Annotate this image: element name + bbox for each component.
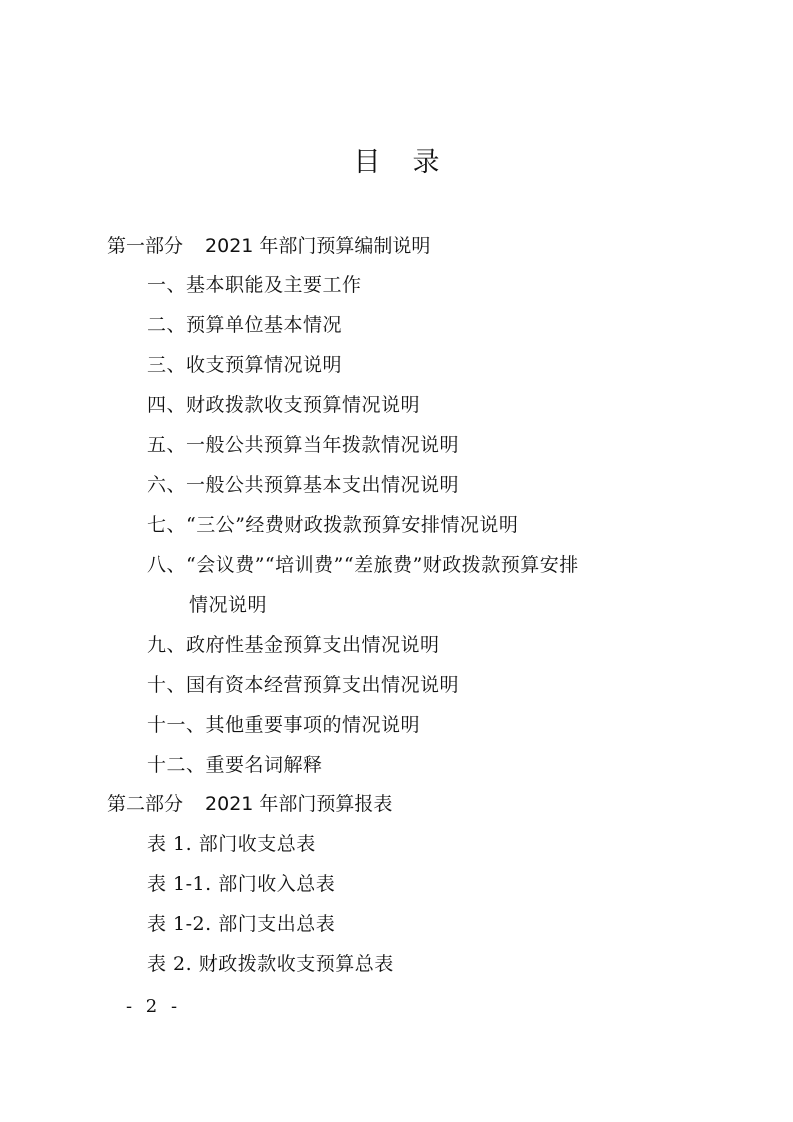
toc-item-7: 七、“三公”经费财政拨款预算安排情况说明 xyxy=(147,512,518,538)
part-2-heading: 第二部分2021 年部门预算报表 xyxy=(107,791,392,817)
toc-item-11: 十一、其他重要事项的情况说明 xyxy=(147,712,420,738)
toc-item-8-continued: 情况说明 xyxy=(189,592,267,618)
part-1-title: 2021 年部门预算编制说明 xyxy=(205,235,430,257)
toc-item-10: 十、国有资本经营预算支出情况说明 xyxy=(147,672,459,698)
toc-item-4: 四、财政拨款收支预算情况说明 xyxy=(147,392,420,418)
part-1-heading: 第一部分2021 年部门预算编制说明 xyxy=(107,233,430,259)
part-2-label: 第二部分 xyxy=(107,793,183,815)
toc-item-6: 六、一般公共预算基本支出情况说明 xyxy=(147,472,459,498)
title-char-1: 目 xyxy=(354,145,381,181)
table-item-1: 表 1. 部门收支总表 xyxy=(147,831,316,857)
toc-item-2: 二、预算单位基本情况 xyxy=(147,312,342,338)
toc-item-5: 五、一般公共预算当年拨款情况说明 xyxy=(147,432,459,458)
page-title: 目录 xyxy=(0,145,793,181)
part-1-label: 第一部分 xyxy=(107,235,183,257)
toc-item-12: 十二、重要名词解释 xyxy=(147,752,323,778)
table-item-1-2: 表 1-2. 部门支出总表 xyxy=(147,911,335,937)
table-item-1-1: 表 1-1. 部门收入总表 xyxy=(147,871,335,897)
document-page: 目录 第一部分2021 年部门预算编制说明 一、基本职能及主要工作 二、预算单位… xyxy=(0,0,793,1122)
toc-item-3: 三、收支预算情况说明 xyxy=(147,352,342,378)
toc-item-1: 一、基本职能及主要工作 xyxy=(147,272,362,298)
part-2-title: 2021 年部门预算报表 xyxy=(205,793,392,815)
title-char-2: 录 xyxy=(413,145,440,181)
toc-item-9: 九、政府性基金预算支出情况说明 xyxy=(147,632,440,658)
page-number: - 2 - xyxy=(126,996,181,1017)
table-item-2: 表 2. 财政拨款收支预算总表 xyxy=(147,951,394,977)
toc-item-8: 八、“会议费”“培训费”“差旅费”财政拨款预算安排 xyxy=(147,552,579,578)
